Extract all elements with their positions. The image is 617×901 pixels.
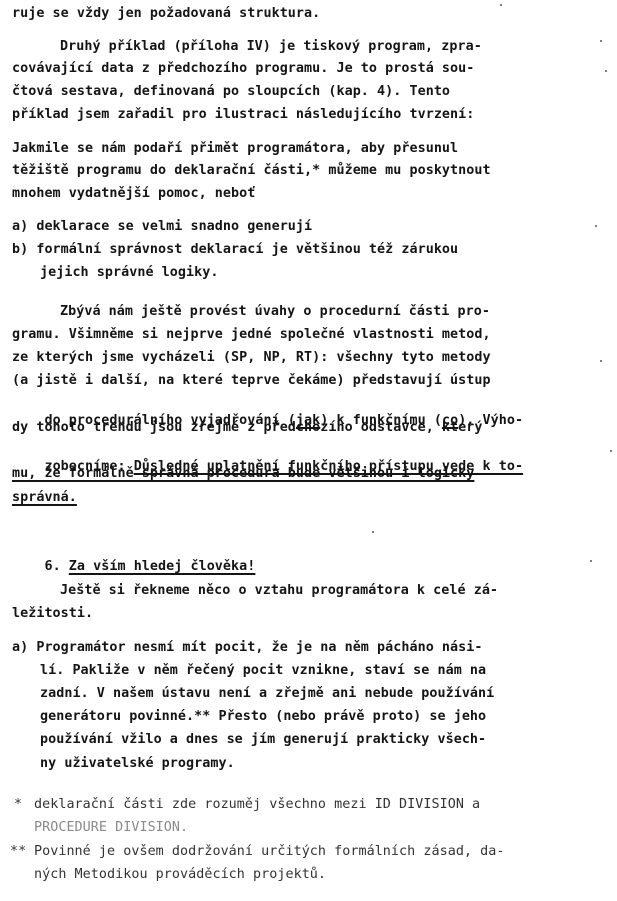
text-line: ze kterých jsme vycházeli (SP, NP, RT): … xyxy=(12,350,491,366)
list-item-a-continuation: používání vžilo a dnes se jím generují p… xyxy=(40,732,486,748)
scan-speck xyxy=(610,450,612,452)
scan-speck xyxy=(605,70,607,72)
emphasized-conclusion: mu, že formálně správná procedura bude v… xyxy=(12,466,474,482)
emphasized-conclusion: správná. xyxy=(12,490,77,506)
list-item-a-continuation: zadní. V našem ústavu není a zřejmě ani … xyxy=(40,686,494,702)
text-line: (a jistě i další, na které teprve čekáme… xyxy=(12,373,491,389)
scan-speck xyxy=(500,4,502,6)
footnote-2-continuation: ných Metodikou prováděcích projektů. xyxy=(34,867,326,883)
list-item-b-continuation: jejich správné logiky. xyxy=(40,265,218,281)
scan-speck xyxy=(595,225,597,227)
statement-line: těžiště programu do deklarační části,* m… xyxy=(12,163,491,179)
text-line: ruje se vždy jen požadovaná struktura. xyxy=(12,6,320,22)
list-item-a-continuation: lí. Pakliže v něm řečený pocit vznikne, … xyxy=(40,663,486,679)
footnote-2: Povinné je ovšem dodržování určitých for… xyxy=(34,844,505,860)
footnote-marker: * xyxy=(14,797,22,813)
text-line: gramu. Všimněme si nejprve jedné společn… xyxy=(12,327,491,343)
scan-speck xyxy=(600,40,602,42)
paragraph-start-line: Zbývá nám ještě provést úvahy o procedur… xyxy=(60,304,490,320)
scan-speck xyxy=(372,531,374,533)
section-number: 6. xyxy=(44,559,68,574)
text-line: dy tohoto trendu jsou zřejmé z předchozí… xyxy=(12,420,483,436)
statement-line: Jakmile se nám podaří přimět programátor… xyxy=(12,141,458,157)
scanned-document-page: ruje se vždy jen požadovaná struktura. D… xyxy=(0,0,617,901)
list-item-a-continuation: generátoru povinné.** Přesto (nebo právě… xyxy=(40,709,486,725)
section-title: Za vším hledej člověka! xyxy=(69,559,256,574)
text-line: ležitosti. xyxy=(12,606,93,622)
footnote-1-continuation: PROCEDURE DIVISION. xyxy=(34,820,188,836)
scan-speck xyxy=(600,360,602,362)
text-line: covávající data z předchozího programu. … xyxy=(12,61,474,77)
text-line: čtová sestava, definovaná po sloupcích (… xyxy=(12,84,450,100)
scan-speck xyxy=(590,560,592,562)
list-item-a: a) Programátor nesmí mít pocit, že je na… xyxy=(12,640,483,656)
footnote-marker: ** xyxy=(10,844,26,860)
list-item-a: a) deklarace se velmi snadno generují xyxy=(12,219,312,235)
paragraph-start-line: Ještě si řekneme něco o vztahu programát… xyxy=(60,583,498,599)
text-line: příklad jsem zařadil pro ilustraci násle… xyxy=(12,107,474,123)
list-item-b: b) formální správnost deklarací je větši… xyxy=(12,242,458,258)
list-item-a-continuation: ny uživatelské programy. xyxy=(40,756,235,772)
footnote-1: deklarační části zde rozuměj všechno mez… xyxy=(34,797,480,813)
statement-line: mnohem vydatnější pomoc, neboť xyxy=(12,186,255,202)
paragraph-start-line: Druhý příklad (příloha IV) je tiskový pr… xyxy=(60,39,482,55)
